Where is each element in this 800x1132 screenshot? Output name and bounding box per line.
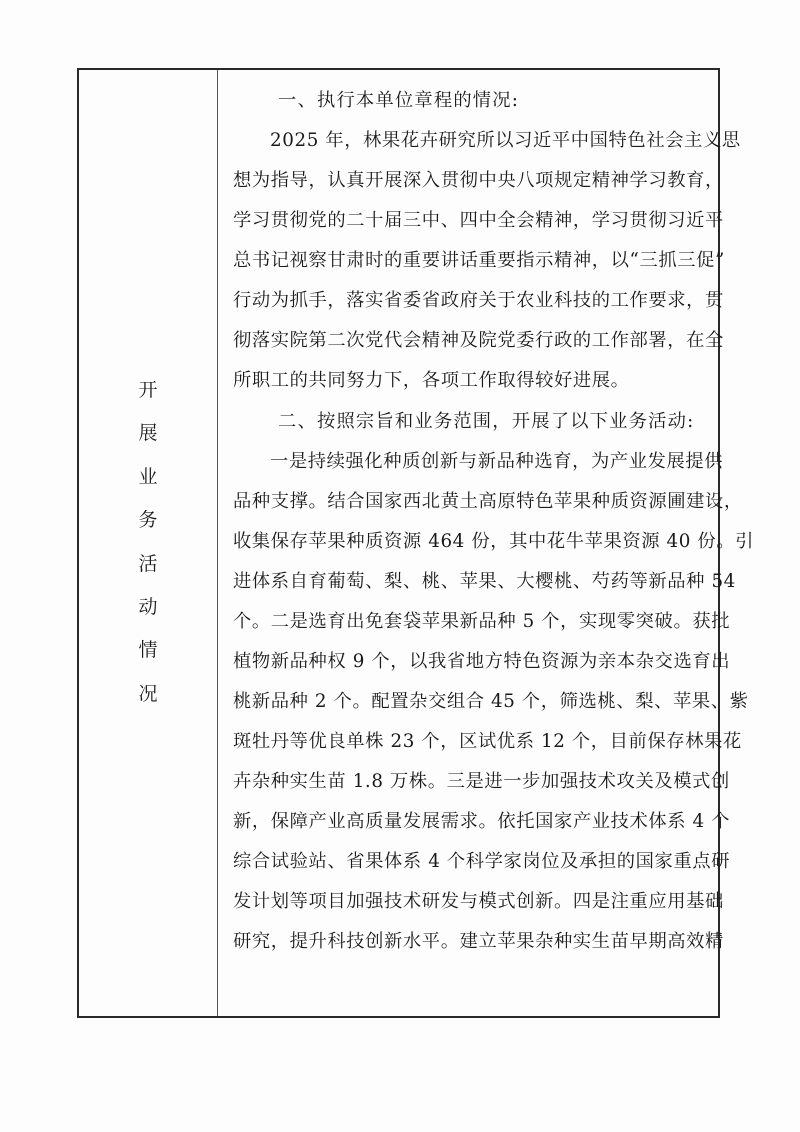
paragraph-line: 所职工的共同努力下，各项工作取得较好进展。 (233, 370, 708, 392)
content-cell: 一、执行本单位章程的情况: 2025 年，林果花卉研究所以习近平中国特色社会主义… (218, 70, 718, 1016)
activity-report-table: 开 展 业 务 活 动 情 况 一、执行本单位章程的情况: 2025 年，林果花… (77, 68, 720, 1018)
paragraph-line: 行动为抓手，落实省委省政府关于农业科技的工作要求，贯 (233, 290, 708, 312)
paragraph-line: 综合试验站、省果体系 4 个科学家岗位及承担的国家重点研 (233, 851, 708, 873)
paragraph-line: 一是持续强化种质创新与新品种选育，为产业发展提供 (270, 451, 708, 473)
paragraph-line: 斑牡丹等优良单株 23 个，区试优系 12 个，目前保存林果花 (233, 731, 708, 753)
paragraph-line: 学习贯彻党的二十届三中、四中全会精神，学习贯彻习近平 (233, 210, 708, 232)
section-label-vertical: 开 展 业 务 活 动 情 况 (79, 381, 217, 728)
paragraph-line: 2025 年，林果花卉研究所以习近平中国特色社会主义思 (270, 130, 708, 152)
section-label-cell: 开 展 业 务 活 动 情 况 (79, 70, 218, 1016)
paragraph-line: 收集保存苹果种质资源 464 份，其中花牛苹果资源 40 份。引 (233, 531, 708, 553)
label-char: 务 (138, 511, 157, 530)
paragraph-line: 研究，提升科技创新水平。建立苹果杂种实生苗早期高效精 (233, 931, 708, 953)
paragraph-line: 植物新品种权 9 个，以我省地方特色资源为亲本杂交选育出 (233, 651, 708, 673)
paragraph-line: 桃新品种 2 个。配置杂交组合 45 个，筛选桃、梨、苹果、紫 (233, 691, 708, 713)
label-char: 动 (138, 598, 157, 617)
paragraph-line: 个。二是选育出免套袋苹果新品种 5 个，实现零突破。获批 (233, 611, 708, 633)
paragraph-line: 卉杂种实生苗 1.8 万株。三是进一步加强技术攻关及模式创 (233, 771, 708, 793)
label-char: 情 (138, 641, 157, 660)
label-char: 展 (138, 424, 157, 443)
label-char: 况 (138, 685, 157, 704)
label-char: 业 (138, 468, 157, 487)
paragraph-line: 彻落实院第二次党代会精神及院党委行政的工作部署，在全 (233, 330, 708, 352)
label-char: 活 (138, 555, 157, 574)
section-heading-2: 二、按照宗旨和业务范围，开展了以下业务活动: (278, 411, 708, 433)
paragraph-line: 新，保障产业高质量发展需求。依托国家产业技术体系 4 个 (233, 811, 708, 833)
paragraph-line: 总书记视察甘肃时的重要讲话重要指示精神，以“三抓三促” (233, 250, 708, 272)
section-heading-1: 一、执行本单位章程的情况: (278, 90, 708, 112)
paragraph-line: 进体系自育葡萄、梨、桃、苹果、大樱桃、芍药等新品种 54 (233, 571, 708, 593)
paragraph-line: 想为指导，认真开展深入贯彻中央八项规定精神学习教育， (233, 170, 708, 192)
label-char: 开 (138, 381, 157, 400)
paragraph-line: 品种支撑。结合国家西北黄土高原特色苹果种质资源圃建设， (233, 491, 708, 513)
paragraph-line: 发计划等项目加强技术研发与模式创新。四是注重应用基础 (233, 891, 708, 913)
